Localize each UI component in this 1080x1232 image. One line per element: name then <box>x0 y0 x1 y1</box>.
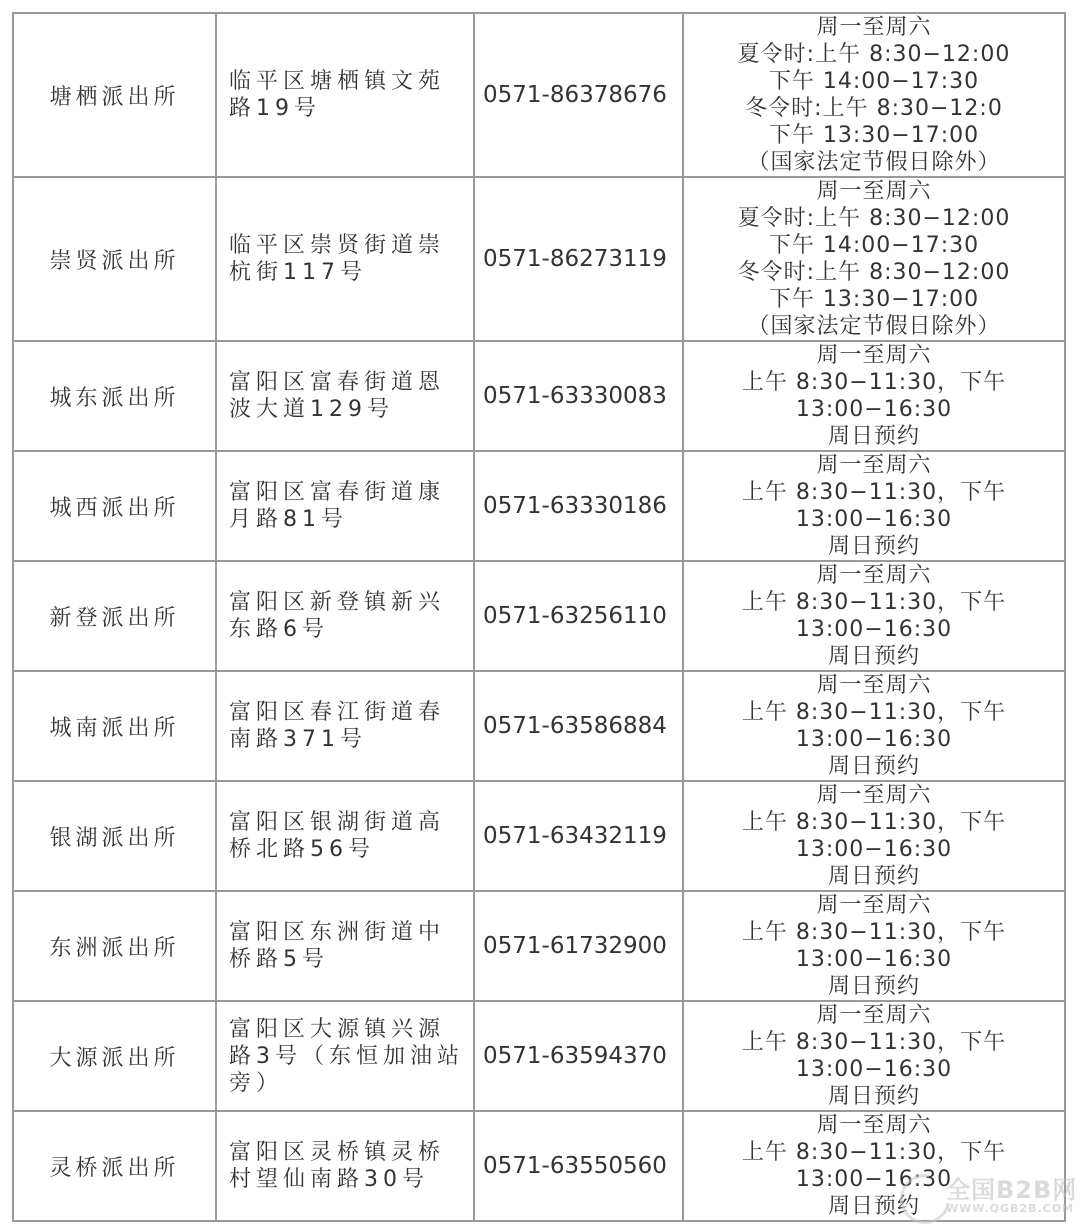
hours-line: 上午 8:30−11:30，下午 <box>684 1139 1064 1166</box>
hours-line: 上午 8:30−11:30，下午 <box>684 809 1064 836</box>
hours-line: 周一至周六 <box>684 782 1064 809</box>
station-address: 富阳区东洲街道中桥路5号 <box>216 891 474 1001</box>
station-phone: 0571-63330186 <box>474 451 683 561</box>
station-address: 富阳区大源镇兴源路3号（东恒加油站旁） <box>216 1001 474 1111</box>
hours-line: 周一至周六 <box>684 14 1064 41</box>
station-name: 大源派出所 <box>13 1001 216 1111</box>
hours-line: 周一至周六 <box>684 1112 1064 1139</box>
hours-line: （国家法定节假日除外） <box>684 149 1064 176</box>
hours-line: 周日预约 <box>684 973 1064 1000</box>
hours-line: 13:00−16:30 <box>684 506 1064 533</box>
hours-line: 周日预约 <box>684 1083 1064 1110</box>
table-row: 城南派出所 富阳区春江街道春南路371号 0571-63586884 周一至周六… <box>13 671 1065 781</box>
hours-line: 周日预约 <box>684 533 1064 560</box>
hours-line: 下午 13:30−17:00 <box>684 122 1064 149</box>
hours-line: 冬令时:上午 8:30−12:0 <box>684 95 1064 122</box>
station-address: 富阳区富春街道康月路81号 <box>216 451 474 561</box>
table-row: 崇贤派出所 临平区崇贤街道崇杭街117号 0571-86273119 周一至周六… <box>13 177 1065 341</box>
hours-line: 下午 14:00−17:30 <box>684 232 1064 259</box>
station-name: 城西派出所 <box>13 451 216 561</box>
station-hours: 周一至周六 上午 8:30−11:30，下午 13:00−16:30 周日预约 <box>683 1001 1065 1111</box>
document-page: 塘栖派出所 临平区塘栖镇文苑路19号 0571-86378676 周一至周六 夏… <box>12 12 1064 1222</box>
hours-line: 13:00−16:30 <box>684 1166 1064 1193</box>
station-hours: 周一至周六 夏令时:上午 8:30−12:00 下午 14:00−17:30 冬… <box>683 13 1065 177</box>
station-name: 银湖派出所 <box>13 781 216 891</box>
hours-line: 夏令时:上午 8:30−12:00 <box>684 205 1064 232</box>
station-phone: 0571-61732900 <box>474 891 683 1001</box>
hours-line: 13:00−16:30 <box>684 1056 1064 1083</box>
station-address: 临平区崇贤街道崇杭街117号 <box>216 177 474 341</box>
table-row: 城西派出所 富阳区富春街道康月路81号 0571-63330186 周一至周六 … <box>13 451 1065 561</box>
station-hours: 周一至周六 上午 8:30−11:30，下午 13:00−16:30 周日预约 <box>683 561 1065 671</box>
station-phone: 0571-63594370 <box>474 1001 683 1111</box>
hours-line: 夏令时:上午 8:30−12:00 <box>684 41 1064 68</box>
station-name: 城南派出所 <box>13 671 216 781</box>
hours-line: 上午 8:30−11:30，下午 <box>684 479 1064 506</box>
hours-line: 周日预约 <box>684 1193 1064 1220</box>
station-name: 东洲派出所 <box>13 891 216 1001</box>
station-phone: 0571-63330083 <box>474 341 683 451</box>
table-row: 银湖派出所 富阳区银湖街道高桥北路56号 0571-63432119 周一至周六… <box>13 781 1065 891</box>
station-address: 富阳区新登镇新兴东路6号 <box>216 561 474 671</box>
table-row: 灵桥派出所 富阳区灵桥镇灵桥村望仙南路30号 0571-63550560 周一至… <box>13 1111 1065 1221</box>
table-row: 塘栖派出所 临平区塘栖镇文苑路19号 0571-86378676 周一至周六 夏… <box>13 13 1065 177</box>
station-name: 灵桥派出所 <box>13 1111 216 1221</box>
hours-line: 上午 8:30−11:30，下午 <box>684 589 1064 616</box>
hours-line: （国家法定节假日除外） <box>684 313 1064 340</box>
hours-line: 周日预约 <box>684 643 1064 670</box>
station-address: 富阳区春江街道春南路371号 <box>216 671 474 781</box>
hours-line: 周一至周六 <box>684 672 1064 699</box>
hours-line: 13:00−16:30 <box>684 616 1064 643</box>
station-name: 崇贤派出所 <box>13 177 216 341</box>
hours-line: 13:00−16:30 <box>684 726 1064 753</box>
hours-line: 下午 13:30−17:00 <box>684 286 1064 313</box>
hours-line: 冬令时:上午 8:30−12:00 <box>684 259 1064 286</box>
table-row: 东洲派出所 富阳区东洲街道中桥路5号 0571-61732900 周一至周六 上… <box>13 891 1065 1001</box>
hours-line: 周一至周六 <box>684 178 1064 205</box>
station-hours: 周一至周六 上午 8:30−11:30，下午 13:00−16:30 周日预约 <box>683 451 1065 561</box>
station-phone: 0571-63256110 <box>474 561 683 671</box>
hours-line: 13:00−16:30 <box>684 946 1064 973</box>
table-row: 大源派出所 富阳区大源镇兴源路3号（东恒加油站旁） 0571-63594370 … <box>13 1001 1065 1111</box>
hours-line: 上午 8:30−11:30，下午 <box>684 1029 1064 1056</box>
hours-line: 上午 8:30−11:30，下午 <box>684 919 1064 946</box>
hours-line: 下午 14:00−17:30 <box>684 68 1064 95</box>
station-hours: 周一至周六 上午 8:30−11:30，下午 13:00−16:30 周日预约 <box>683 1111 1065 1221</box>
station-hours: 周一至周六 上午 8:30−11:30，下午 13:00−16:30 周日预约 <box>683 891 1065 1001</box>
table-row: 城东派出所 富阳区富春街道恩波大道129号 0571-63330083 周一至周… <box>13 341 1065 451</box>
station-hours: 周一至周六 上午 8:30−11:30，下午 13:00−16:30 周日预约 <box>683 671 1065 781</box>
hours-line: 周一至周六 <box>684 342 1064 369</box>
station-phone: 0571-63550560 <box>474 1111 683 1221</box>
hours-line: 周日预约 <box>684 863 1064 890</box>
station-address: 临平区塘栖镇文苑路19号 <box>216 13 474 177</box>
station-phone: 0571-63432119 <box>474 781 683 891</box>
station-address: 富阳区银湖街道高桥北路56号 <box>216 781 474 891</box>
station-hours: 周一至周六 上午 8:30−11:30，下午 13:00−16:30 周日预约 <box>683 341 1065 451</box>
police-station-table: 塘栖派出所 临平区塘栖镇文苑路19号 0571-86378676 周一至周六 夏… <box>12 12 1066 1222</box>
station-hours: 周一至周六 上午 8:30−11:30，下午 13:00−16:30 周日预约 <box>683 781 1065 891</box>
station-phone: 0571-86273119 <box>474 177 683 341</box>
hours-line: 周一至周六 <box>684 892 1064 919</box>
station-hours: 周一至周六 夏令时:上午 8:30−12:00 下午 14:00−17:30 冬… <box>683 177 1065 341</box>
hours-line: 13:00−16:30 <box>684 836 1064 863</box>
station-name: 塘栖派出所 <box>13 13 216 177</box>
hours-line: 周一至周六 <box>684 452 1064 479</box>
hours-line: 13:00−16:30 <box>684 396 1064 423</box>
hours-line: 周一至周六 <box>684 562 1064 589</box>
station-name: 城东派出所 <box>13 341 216 451</box>
hours-line: 周日预约 <box>684 423 1064 450</box>
table-row: 新登派出所 富阳区新登镇新兴东路6号 0571-63256110 周一至周六 上… <box>13 561 1065 671</box>
hours-line: 上午 8:30−11:30，下午 <box>684 699 1064 726</box>
station-address: 富阳区富春街道恩波大道129号 <box>216 341 474 451</box>
hours-line: 周一至周六 <box>684 1002 1064 1029</box>
hours-line: 上午 8:30−11:30，下午 <box>684 369 1064 396</box>
station-name: 新登派出所 <box>13 561 216 671</box>
station-phone: 0571-86378676 <box>474 13 683 177</box>
station-phone: 0571-63586884 <box>474 671 683 781</box>
station-address: 富阳区灵桥镇灵桥村望仙南路30号 <box>216 1111 474 1221</box>
hours-line: 周日预约 <box>684 753 1064 780</box>
